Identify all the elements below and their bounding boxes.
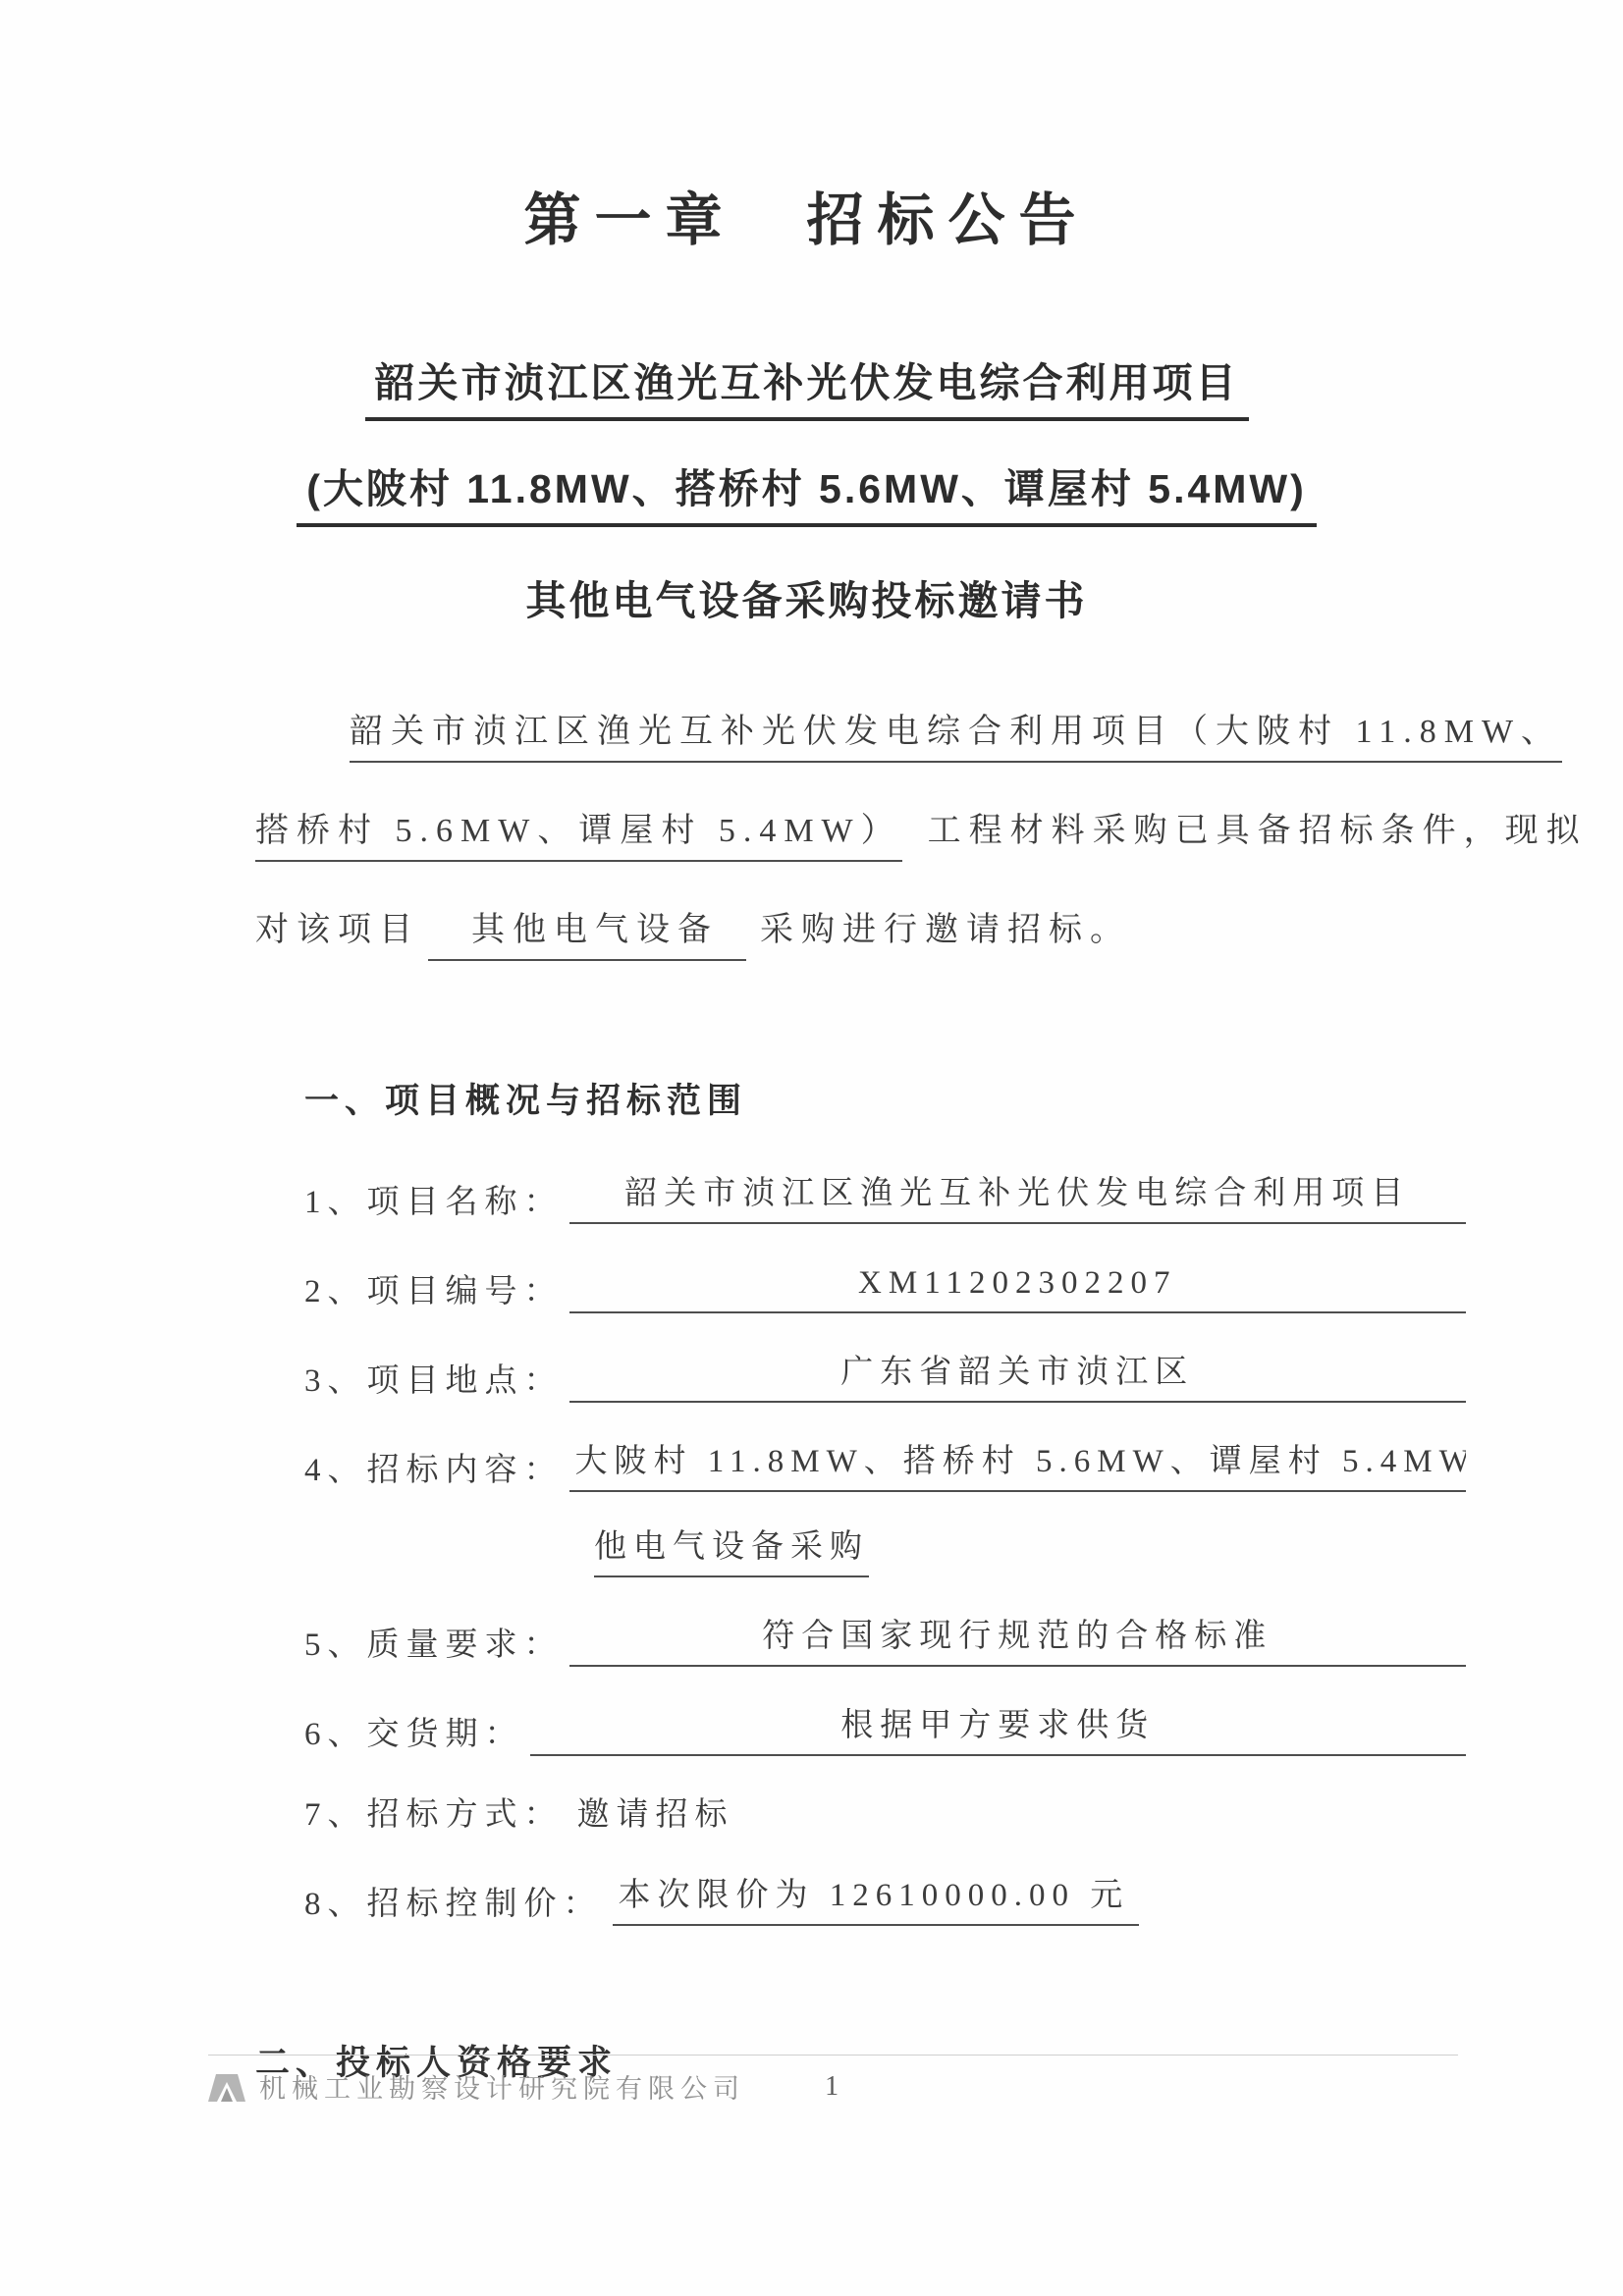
- list-item-bid-content-line2: 他电气设备采购: [304, 1525, 1466, 1577]
- item-number: 8、: [304, 1883, 367, 1926]
- item-label: 质量要求：: [367, 1624, 564, 1667]
- page-footer: 机械工业勘察设计研究院有限公司 1: [208, 2055, 1458, 2106]
- item-value-underlined: 符合国家现行规范的合格标准: [569, 1615, 1467, 1667]
- intro-paragraph: 韶关市浈江区渔光互补光伏发电综合利用项目（大陂村 11.8MW、 搭桥村 5.6…: [255, 682, 1466, 980]
- item-label: 项目名称：: [367, 1181, 564, 1224]
- invitation-title: 其他电气设备采购投标邀请书: [201, 576, 1412, 625]
- page-number: 1: [825, 2071, 839, 2103]
- item-value-underlined: 广东省韶关市浈江区: [569, 1351, 1467, 1403]
- invitation-title-text: 其他电气设备采购投标邀请书: [526, 578, 1088, 623]
- document-page: 第一章 招标公告 韶关市浈江区渔光互补光伏发电综合利用项目 (大陂村 11.8M…: [0, 0, 1623, 2296]
- section-heading-overview: 一、项目概况与招标范围: [304, 1074, 1466, 1123]
- chapter-title: 第一章 招标公告: [201, 187, 1412, 255]
- item-number: 1、: [304, 1181, 367, 1224]
- item-value-underlined: XM11202302207: [569, 1261, 1467, 1313]
- project-title-line2: (大陂村 11.8MW、搭桥村 5.6MW、谭屋村 5.4MW): [201, 464, 1412, 527]
- item-number: 7、: [304, 1793, 367, 1837]
- item-label: 项目编号：: [367, 1270, 564, 1313]
- intro-line3-rest: 采购进行邀请招标。: [760, 912, 1131, 948]
- item-label: 招标内容：: [367, 1449, 564, 1492]
- item-value-underlined: 大陂村 11.8MW、搭桥村 5.6MW、谭屋村 5.4MW 其: [569, 1440, 1467, 1492]
- item-number: 5、: [304, 1624, 367, 1667]
- intro-line2-rest: 工程材料采购已具备招标条件，现拟: [928, 813, 1588, 849]
- item-value-underlined: 他电气设备采购: [594, 1525, 869, 1577]
- intro-line1-underlined: 韶关市浈江区渔光互补光伏发电综合利用项目（大陂村 11.8MW、: [350, 711, 1562, 763]
- item-label: 招标方式：: [367, 1793, 564, 1837]
- item-number: 2、: [304, 1270, 367, 1313]
- intro-line-1: 韶关市浈江区渔光互补光伏发电综合利用项目（大陂村 11.8MW、: [255, 682, 1466, 781]
- item-value-underlined: 韶关市浈江区渔光互补光伏发电综合利用项目: [569, 1172, 1467, 1224]
- title-stack: 第一章 招标公告 韶关市浈江区渔光互补光伏发电综合利用项目 (大陂村 11.8M…: [201, 187, 1412, 625]
- list-item-quality-requirement: 5、 质量要求： 符合国家现行规范的合格标准: [304, 1615, 1466, 1667]
- intro-line-2: 搭桥村 5.6MW、谭屋村 5.4MW）工程材料采购已具备招标条件，现拟: [255, 781, 1466, 881]
- list-item-bid-content: 4、 招标内容： 大陂村 11.8MW、搭桥村 5.6MW、谭屋村 5.4MW …: [304, 1440, 1466, 1492]
- company-logo-icon: [208, 2072, 245, 2102]
- list-item-project-name: 1、 项目名称： 韶关市浈江区渔光互补光伏发电综合利用项目: [304, 1172, 1466, 1224]
- list-item-bid-method: 7、 招标方式： 邀请招标: [304, 1793, 1466, 1837]
- intro-line-3: 对该项目其他电气设备采购进行邀请招标。: [255, 881, 1466, 980]
- item-number: 4、: [304, 1449, 367, 1492]
- intro-line3-underlined: 其他电气设备: [428, 909, 746, 961]
- item-value-underlined: 根据甲方要求供货: [530, 1704, 1467, 1756]
- item-label: 招标控制价：: [367, 1883, 603, 1926]
- overview-item-list: 1、 项目名称： 韶关市浈江区渔光互补光伏发电综合利用项目 2、 项目编号： X…: [304, 1172, 1466, 1926]
- list-item-project-number: 2、 项目编号： XM11202302207: [304, 1261, 1466, 1313]
- item-label: 项目地点：: [367, 1360, 564, 1403]
- intro-line3-pre: 对该项目: [255, 912, 420, 948]
- intro-line2-underlined: 搭桥村 5.6MW、谭屋村 5.4MW）: [255, 810, 902, 862]
- company-name: 机械工业勘察设计研究院有限公司: [259, 2067, 745, 2106]
- item-value: 邀请招标: [577, 1793, 734, 1837]
- project-title-line1-text: 韶关市浈江区渔光互补光伏发电综合利用项目: [365, 358, 1249, 421]
- item-label: 交货期：: [367, 1713, 524, 1756]
- list-item-bid-control-price: 8、 招标控制价： 本次限价为 12610000.00 元: [304, 1874, 1466, 1926]
- list-item-project-location: 3、 项目地点： 广东省韶关市浈江区: [304, 1351, 1466, 1403]
- project-title-line2-text: (大陂村 11.8MW、搭桥村 5.6MW、谭屋村 5.4MW): [297, 464, 1317, 527]
- project-title-line1: 韶关市浈江区渔光互补光伏发电综合利用项目: [201, 358, 1412, 421]
- item-value-underlined: 本次限价为 12610000.00 元: [613, 1874, 1140, 1926]
- item-number: 6、: [304, 1713, 367, 1756]
- list-item-delivery-time: 6、 交货期： 根据甲方要求供货: [304, 1704, 1466, 1756]
- item-number: 3、: [304, 1360, 367, 1403]
